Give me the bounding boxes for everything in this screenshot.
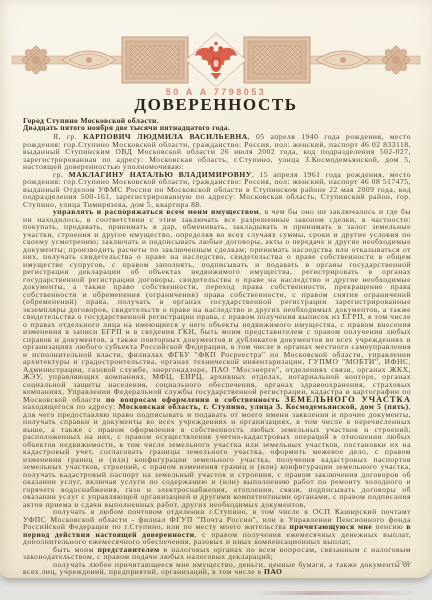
text-segment: ПАО: [264, 567, 282, 576]
continuation-mark: /Стр-: [395, 560, 412, 566]
paragraph: управлять и распоряжаться всем моим имущ…: [23, 208, 411, 508]
ornate-panel-left: [122, 37, 188, 83]
paper-sheet: 50 А А 7798053 ДОВЕРЕННОСТЬ Город Ступин…: [0, 0, 432, 578]
document-body: Я, гр. КАРПОВИЧ ЛЮДМИЛА ВАСИЛЬЕВНА, 05 а…: [23, 133, 411, 576]
vesica-right-icon: [316, 51, 370, 69]
date-line: Двадцать пятого ноября две тысячи пятнад…: [23, 124, 411, 131]
text-segment: получать любое причитающееся мне имущест…: [23, 560, 411, 577]
page-title: ДОВЕРЕННОСТЬ: [0, 95, 432, 115]
paragraph: Я, гр. КАРПОВИЧ ЛЮДМИЛА ВАСИЛЬЕВНА, 05 а…: [23, 133, 411, 171]
scan-artifact-streak: [255, 591, 413, 595]
rosette-left-icon: [22, 46, 50, 74]
scanned-power-of-attorney-page: 50 А А 7798053 ДОВЕРЕННОСТЬ Город Ступин…: [0, 0, 432, 600]
ornate-panel-right: [244, 37, 310, 83]
text-segment: , для чего предоставляю право подписыват…: [23, 402, 411, 509]
text-segment: , в чем бы оно ни заключалось и где бы н…: [23, 207, 411, 404]
coat-of-arms-icon: [186, 33, 246, 87]
paragraph: получать любое причитающееся мне имущест…: [23, 561, 411, 576]
vesica-left-icon: [62, 51, 116, 69]
ornamental-band: [0, 32, 432, 88]
paragraph: быть моим представителем в налоговых орг…: [23, 546, 411, 561]
guilloche-band-graphic: [0, 32, 432, 88]
place-date-block: Город Ступино Московской области. Двадца…: [23, 117, 411, 132]
paragraph: получать в любом почтовом отделении г.Ст…: [23, 508, 411, 546]
paragraph: гр. МАКЛАГИНУ НАТАЛЬЮ ВЛАДИМИРОВНУ, 15 а…: [23, 171, 411, 209]
rosette-right-icon: [382, 46, 410, 74]
